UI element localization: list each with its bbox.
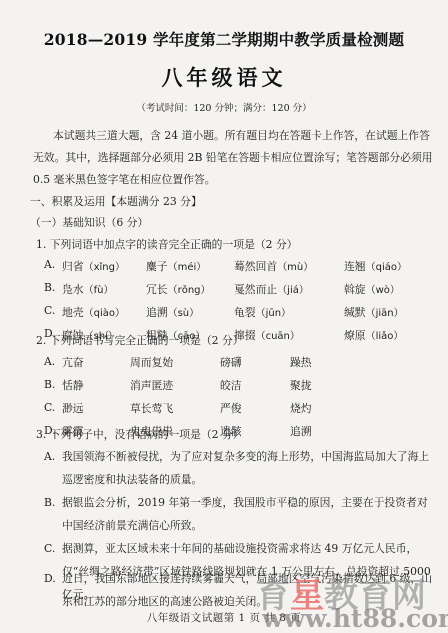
question-3-stem: 3. 下列句子中，没有语病的一项是（2 分）	[36, 427, 244, 442]
option-letter: A.	[44, 355, 55, 368]
exam-title: 2018—2019 学年度第二学期期中教学质量检测题	[0, 28, 448, 50]
option-word: 烧灼	[290, 401, 312, 416]
q3-option-d: D. 近日，我国东部地区接连持续雾霾天气，局部地区空气污染指数达到 6 级，山东…	[44, 567, 434, 613]
option-pinyin: （qiáo）	[366, 262, 407, 273]
section-heading: 一、积累及运用【本题满分 23 分】	[30, 194, 202, 209]
exam-page: 2018—2019 学年度第二学期期中教学质量检测题 八年级语文 （考试时间：1…	[0, 0, 448, 633]
q3-option-b: B. 据银监会分析，2019 年第一季度，我国股市平稳的原因，主要在于投资者对中…	[44, 491, 434, 537]
option-word: 缄默	[344, 306, 366, 319]
question-1-stem: 1. 下列词语中加点字的读音完全正确的一项是（2 分）	[36, 237, 298, 252]
option-word: 草长莺飞	[130, 401, 173, 416]
option-pinyin: （cuān）	[256, 331, 300, 342]
question-2-stem: 2. 下列词语书写完全正确的一项是（2 分）	[36, 333, 244, 348]
option-pinyin: （liǎo）	[366, 331, 404, 342]
option-word: 亢奋	[62, 355, 84, 370]
subsection-heading: （一）基础知识（6 分）	[30, 215, 148, 230]
subject-title: 八年级语文	[0, 62, 448, 92]
option-letter: B.	[44, 281, 55, 294]
option-pinyin: （wò）	[366, 285, 400, 296]
option-word: 地壳	[62, 306, 84, 319]
instructions: 本试题共三道大题，含 24 道小题。所有题目均在答题卡上作答，在试题上作答无效。…	[33, 125, 433, 191]
option-pinyin: （méi）	[168, 262, 207, 273]
option-pinyin: （fù）	[84, 285, 114, 296]
option-word: 麋子	[146, 260, 168, 273]
option-word: 连翘	[344, 260, 366, 273]
option-letter: A.	[44, 445, 55, 468]
option-word: 凫水	[62, 283, 84, 296]
option-word: 蓦然回首	[234, 260, 277, 273]
option-text: 近日，我国东部地区接连持续雾霾天气，局部地区空气污染指数达到 6 级，山东和江苏…	[62, 567, 434, 613]
option-word: 冗长	[146, 283, 168, 296]
option-pinyin: （sù）	[168, 308, 200, 319]
option-word: 斡旋	[344, 283, 366, 296]
option-word: 躁热	[290, 355, 312, 370]
option-pinyin: （jiá）	[277, 285, 309, 296]
option-pinyin: （mù）	[277, 262, 313, 273]
option-pinyin: （jūn）	[256, 308, 291, 319]
page-footer: 八年级语文试题第 1 页 共 8 页	[0, 610, 448, 625]
option-word: 追溯	[146, 306, 168, 319]
option-letter: C.	[44, 304, 55, 317]
option-word: 聚拢	[290, 378, 312, 393]
option-word: 龟裂	[234, 306, 256, 319]
option-letter: D.	[44, 567, 56, 590]
option-word: 磅礴	[220, 355, 242, 370]
option-letter: B.	[44, 378, 55, 391]
option-word: 消声匿迹	[130, 378, 173, 393]
option-word: 戛然而止	[234, 283, 277, 296]
option-word: 燎原	[344, 329, 366, 342]
option-letter: A.	[44, 258, 55, 271]
option-word: 渺远	[62, 401, 84, 416]
option-letter: C.	[44, 401, 55, 414]
option-pinyin: （jiān）	[366, 308, 404, 319]
option-text: 我国领海不断被侵扰，为了应对复杂多变的海上形势，中国海监局加大了海上巡逻密度和执…	[62, 445, 434, 491]
option-pinyin: （xǐng）	[84, 262, 125, 273]
option-word: 严俊	[220, 401, 242, 416]
option-word: 恬静	[62, 378, 84, 393]
exam-meta: （考试时间：120 分钟；满分：120 分）	[0, 100, 448, 114]
option-word: 周而复始	[130, 355, 173, 370]
option-word: 归省	[62, 260, 84, 273]
option-letter: B.	[44, 491, 55, 514]
option-text: 据银监会分析，2019 年第一季度，我国股市平稳的原因，主要在于投资者对中国经济…	[62, 491, 434, 537]
option-pinyin: （qiào）	[84, 308, 125, 319]
option-pinyin: （rǒng）	[168, 285, 211, 296]
option-letter: C.	[44, 537, 55, 560]
q3-option-a: A. 我国领海不断被侵扰，为了应对复杂多变的海上形势，中国海监局加大了海上巡逻密…	[44, 445, 434, 491]
option-word: 追溯	[290, 424, 312, 439]
option-word: 皎洁	[220, 378, 242, 393]
